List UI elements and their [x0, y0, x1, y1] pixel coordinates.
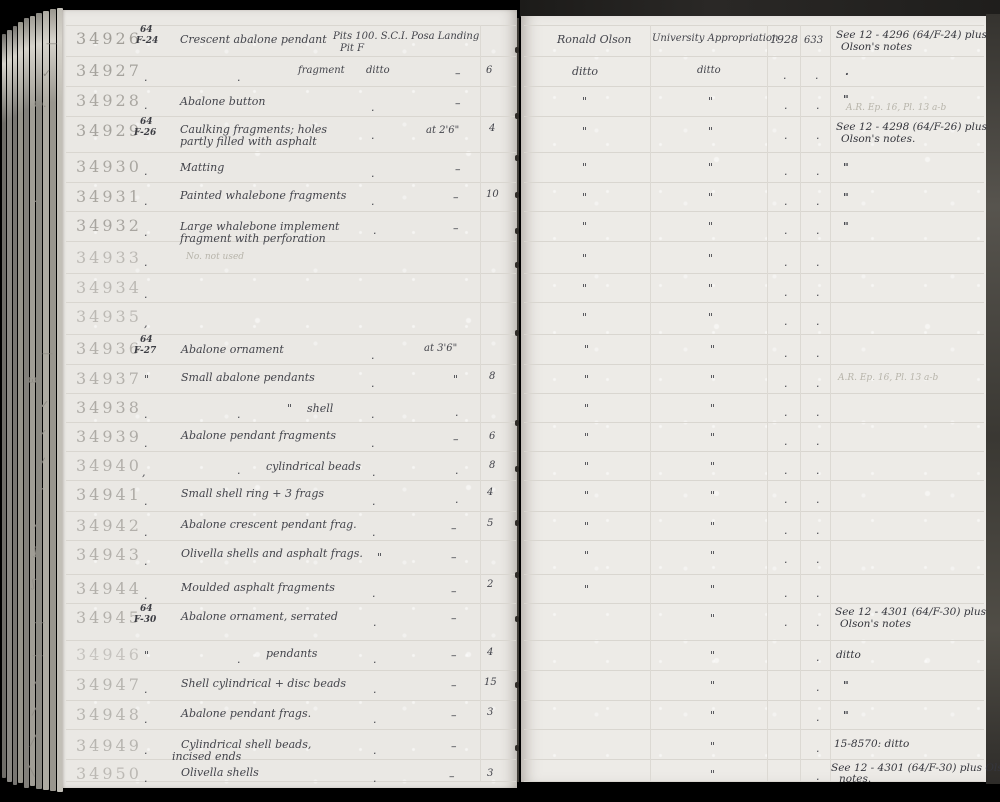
ditto-mark: ": [710, 344, 715, 355]
ditto-mark: .: [144, 684, 148, 695]
ditto-mark: ": [582, 162, 587, 173]
check-mark: ʃ: [32, 578, 35, 589]
fund-source: University Appropriation: [652, 34, 778, 44]
ditto-mark: .: [816, 287, 820, 298]
ditto-mark: ": [710, 521, 715, 532]
ditto-mark: ": [144, 650, 149, 661]
ditto-mark: .: [816, 348, 820, 359]
ditto-mark: .: [371, 196, 375, 207]
ditto-mark: .: [372, 527, 376, 538]
entry-number: 34946: [76, 645, 142, 664]
ditto-mark: ": [453, 374, 458, 385]
item-count: 3: [487, 769, 493, 779]
entry-description: Caulking fragments; holes: [180, 124, 327, 135]
ditto-mark: ": [584, 374, 589, 385]
entry-row: 34940╱,.cylindrical beads..8""..: [0, 459, 1000, 487]
ditto-mark: ": [582, 126, 587, 137]
entry-description: Moulded asphalt fragments: [181, 582, 335, 593]
ditto-mark: ": [710, 680, 715, 691]
entry-row: 34942╱.Abalone crescent pendant frag..–5…: [0, 519, 1000, 547]
ditto-mark: .: [816, 554, 820, 565]
ditto-mark: .: [455, 407, 459, 418]
ruled-line-right: [524, 152, 984, 153]
ditto-mark: .: [237, 409, 241, 420]
ditto-mark: .: [816, 682, 820, 693]
entry-number: 34929: [76, 121, 142, 140]
ditto-mark: .: [816, 407, 820, 418]
ledger-number: 633: [804, 36, 823, 46]
entry-description: Olivella shells: [181, 767, 259, 778]
entry-description: ditto: [366, 66, 390, 76]
entry-number: 34942: [76, 516, 142, 535]
entry-number: 34927: [76, 61, 142, 80]
ruled-line-left: [66, 152, 516, 153]
ditto-mark: ": [708, 162, 713, 173]
check-mark: ω.: [34, 98, 46, 109]
ditto-mark: .: [816, 494, 820, 505]
check-mark: ╱: [32, 704, 39, 715]
ditto-mark: .: [372, 467, 376, 478]
ditto-mark: .: [816, 652, 820, 663]
ditto-mark: .: [784, 554, 788, 565]
ditto-mark: ": [710, 461, 715, 472]
ditto-mark: ": [710, 650, 715, 661]
year: 1928: [770, 34, 798, 45]
entry-row: 34948╱.Abalone pendant frags..–3".": [0, 708, 1000, 736]
ditto-mark: ": [710, 741, 715, 752]
ditto-mark: .: [373, 684, 377, 695]
ditto-mark: .: [372, 588, 376, 599]
entry-number: 34928: [76, 91, 142, 110]
entry-row: 34936—64F-27Abalone ornament.at 3'6"""..: [0, 342, 1000, 370]
entry-description: Abalone button: [180, 96, 265, 107]
item-count: 6: [486, 66, 492, 76]
ditto-mark: ": [843, 162, 849, 173]
ditto-mark: .: [371, 438, 375, 449]
check-mark: ╱: [38, 459, 45, 470]
ditto-mark: –: [455, 68, 461, 79]
check-mark: —: [46, 38, 57, 49]
entry-row: 34933.No. not used""..: [0, 251, 1000, 279]
depth-note: at 3'6": [424, 344, 457, 354]
ditto-mark: .: [373, 654, 377, 665]
entry-number: 34930: [76, 157, 142, 176]
remark-note: See 12 - 4298 (64/F-26) plus: [836, 122, 987, 133]
ditto-mark: –: [451, 552, 457, 563]
ditto-mark: –: [451, 586, 457, 597]
ditto-mark: .: [784, 617, 788, 628]
ditto-mark: ": [710, 613, 715, 624]
check-mark: ·: [34, 196, 38, 207]
item-count: 15: [484, 678, 497, 688]
ditto-mark: .: [373, 617, 377, 628]
ditto-mark: ": [708, 253, 713, 264]
check-mark: —: [34, 617, 45, 628]
entry-row: 34947╱.Shell cylindrical + disc beads.–1…: [0, 678, 1000, 706]
ditto-mark: ": [708, 221, 713, 232]
ditto-mark: .: [144, 590, 148, 601]
ditto-mark: .: [144, 289, 148, 300]
item-count: 2: [487, 580, 493, 590]
pencil-note: A.R. Ep. 16, Pl. 13 a-b: [838, 374, 938, 383]
ditto-mark: ": [710, 490, 715, 501]
entry-number: 34926: [76, 29, 142, 48]
ditto-mark: ": [708, 126, 713, 137]
ditto-mark: ": [710, 374, 715, 385]
ditto-mark: .: [816, 525, 820, 536]
field-code: 64: [140, 605, 153, 614]
ditto-mark: ,: [142, 467, 146, 478]
ditto-mark: ": [582, 221, 587, 232]
check-mark: ╱: [34, 517, 41, 528]
entry-number: 34933: [76, 248, 142, 267]
ditto-mark: .: [455, 465, 459, 476]
ditto-mark: .: [144, 714, 148, 725]
remark-note: Olson's notes: [840, 619, 911, 630]
ditto-mark: .: [373, 745, 377, 756]
entry-row: 34927✓..fragmentditto–6dittoditto...: [0, 64, 1000, 92]
entry-number: 34948: [76, 705, 142, 724]
ditto-mark: ": [710, 550, 715, 561]
ruled-line-left: [66, 640, 516, 641]
ditto-mark: ": [708, 96, 713, 107]
remark-note: notes.: [839, 774, 871, 785]
remark-note: See 12 - 4301 (64/F-30) plus: [835, 607, 986, 618]
ditto-mark: –: [449, 771, 455, 782]
entry-row: 34939✓.Abalone pendant fragments.–6""..: [0, 430, 1000, 458]
ruled-line-right: [524, 25, 984, 26]
ditto-mark: –: [453, 434, 459, 445]
ditto-mark: .: [816, 743, 820, 754]
entry-row: 34937ω"Small abalone pendants."8""..A.R.…: [0, 372, 1000, 400]
entry-description: incised ends: [172, 751, 241, 762]
ditto-mark: .: [816, 588, 820, 599]
ditto-mark: .: [144, 72, 148, 83]
ditto-mark: ,: [144, 318, 148, 329]
collector-name: ditto: [572, 66, 598, 77]
ruled-line-right: [524, 640, 984, 641]
ledger-entries-layer: 34926—64F-24Crescent abalone pendantPits…: [0, 0, 1000, 802]
check-mark: ʃ: [34, 546, 37, 557]
ditto-mark: ": [843, 680, 849, 691]
ditto-mark: .: [784, 257, 788, 268]
ditto-mark: .: [373, 225, 377, 236]
ledger-scan: 34926—64F-24Crescent abalone pendantPits…: [0, 0, 1000, 802]
ditto-mark: ": [584, 584, 589, 595]
ditto-mark: .: [144, 100, 148, 111]
entry-number: 34940: [76, 456, 142, 475]
entry-description: Painted whalebone fragments: [180, 190, 346, 201]
entry-description: Large whalebone implement: [180, 221, 339, 232]
depth-note: at 2'6": [426, 126, 459, 136]
ditto-mark: ": [710, 403, 715, 414]
ditto-mark: .: [816, 196, 820, 207]
ditto-mark: .: [816, 316, 820, 327]
ditto-mark: .: [372, 496, 376, 507]
pencil-note: A.R. Ep. 16, Pl. 13 a-b: [846, 104, 946, 113]
ditto-mark: ": [144, 374, 149, 385]
entry-number: 34947: [76, 675, 142, 694]
entry-description: Shell cylindrical + disc beads: [181, 678, 346, 689]
ditto-mark: ": [582, 192, 587, 203]
entry-row: 34938✓.."shell..""..: [0, 401, 1000, 429]
check-mark: —: [42, 348, 53, 359]
ditto-mark: ": [287, 403, 292, 414]
item-count: 4: [487, 488, 493, 498]
ditto-mark: .: [845, 66, 849, 77]
ditto-mark: –: [451, 523, 457, 534]
entry-description: Abalone pendant frags.: [181, 708, 311, 719]
ditto-mark: .: [455, 494, 459, 505]
ditto-mark: .: [784, 166, 788, 177]
ditto-mark: ": [708, 283, 713, 294]
field-code: 64: [140, 26, 153, 35]
ditto-mark: .: [816, 130, 820, 141]
ditto-mark: ": [843, 710, 849, 721]
site-location: Pits 100. S.C.I. Posa Landing: [333, 32, 479, 42]
entry-description: Abalone ornament, serrated: [181, 611, 338, 622]
ditto-mark: .: [144, 745, 148, 756]
check-mark: .: [38, 775, 42, 786]
ditto-mark: .: [784, 407, 788, 418]
ditto-mark: .: [784, 525, 788, 536]
entry-number: 34931: [76, 187, 142, 206]
ditto-mark: ": [843, 221, 849, 232]
ditto-mark: ": [710, 710, 715, 721]
remark-note: See 12 - 4296 (64/F-24) plus: [836, 30, 987, 41]
ditto-mark: .: [373, 714, 377, 725]
item-count: 8: [489, 372, 495, 382]
ditto-mark: –: [453, 223, 459, 234]
ditto-mark: .: [784, 378, 788, 389]
ditto-mark: .: [816, 617, 820, 628]
ditto-mark: .: [237, 465, 241, 476]
entry-description: Small abalone pendants: [181, 372, 315, 383]
ditto-mark: .: [816, 378, 820, 389]
ditto-mark: ": [582, 283, 587, 294]
ditto-mark: .: [237, 654, 241, 665]
ditto-mark: .: [816, 225, 820, 236]
field-code: F-26: [134, 129, 156, 138]
check-mark: ✓: [36, 486, 45, 497]
item-count: 10: [486, 190, 499, 200]
check-mark: ╱: [30, 735, 37, 746]
ditto-mark: ": [710, 432, 715, 443]
entry-description: cylindrical beads: [266, 461, 361, 472]
check-mark: —: [32, 650, 43, 661]
entry-row: 34950╲..Olivella shells.–3".See 12 - 430…: [0, 767, 1000, 795]
remark-note: Olson's notes.: [841, 134, 915, 145]
field-code: F-27: [134, 347, 156, 356]
item-count: 6: [489, 432, 495, 442]
ditto-mark: .: [784, 130, 788, 141]
ditto-mark: .: [816, 436, 820, 447]
check-mark: ✓: [42, 68, 51, 79]
ditto-mark: .: [373, 773, 377, 784]
ditto-mark: ": [582, 253, 587, 264]
entry-row: 34930.Matting.–""..": [0, 160, 1000, 188]
ditto-mark: –: [455, 98, 461, 109]
entry-number: 34949: [76, 736, 142, 755]
ditto-mark: .: [371, 102, 375, 113]
check-mark: ╲: [28, 765, 35, 776]
entry-number: 34945: [76, 608, 142, 627]
ditto-mark: .: [144, 496, 148, 507]
entry-number: 34932: [76, 216, 142, 235]
ditto-mark: .: [144, 166, 148, 177]
entry-number: 34950: [76, 764, 142, 783]
item-count: 5: [487, 519, 493, 529]
entry-number: 34937: [76, 369, 142, 388]
entry-row: 34945—64F-30Abalone ornament, serrated.–…: [0, 611, 1000, 639]
entry-description: pendants: [266, 648, 317, 659]
entry-number: 34941: [76, 485, 142, 504]
fund-source: ditto: [697, 66, 721, 76]
ditto-mark: .: [816, 166, 820, 177]
ditto-mark: .: [784, 348, 788, 359]
ditto-mark: .: [144, 257, 148, 268]
ditto-mark: .: [784, 436, 788, 447]
entry-description: shell: [307, 403, 333, 414]
ditto-mark: .: [816, 100, 820, 111]
ditto-mark: .: [784, 225, 788, 236]
remark-note: 15-8570: ditto: [834, 739, 909, 750]
field-code: 64: [140, 118, 153, 127]
ditto-mark: .: [784, 588, 788, 599]
entry-description: Abalone pendant fragments: [181, 430, 336, 441]
item-count: 4: [487, 648, 493, 658]
ditto-mark: .: [784, 196, 788, 207]
ditto-mark: .: [371, 168, 375, 179]
ditto-mark: ": [708, 312, 713, 323]
ditto-mark: ": [710, 584, 715, 595]
field-code: F-24: [136, 37, 158, 46]
field-code: F-30: [134, 616, 156, 625]
ditto-mark: ": [582, 312, 587, 323]
ditto-mark: .: [371, 350, 375, 361]
entry-row: 34941✓.Small shell ring + 3 frags..4""..: [0, 488, 1000, 516]
ditto-mark: .: [144, 527, 148, 538]
check-mark: ω: [28, 374, 37, 385]
ditto-mark: .: [784, 465, 788, 476]
ditto-mark: .: [784, 100, 788, 111]
ditto-mark: ": [584, 344, 589, 355]
entry-number: 34936: [76, 339, 142, 358]
ditto-mark: –: [451, 710, 457, 721]
entry-description: Abalone crescent pendant frag.: [181, 519, 357, 530]
ditto-mark: –: [455, 164, 461, 175]
entry-description: Abalone ornament: [181, 344, 284, 355]
item-count: 4: [489, 124, 495, 134]
ditto-mark: .: [144, 196, 148, 207]
entry-number: 34943: [76, 545, 142, 564]
entry-row: 34934.""..: [0, 281, 1000, 309]
ditto-mark: .: [371, 409, 375, 420]
site-location: Pit F: [340, 44, 364, 54]
ditto-mark: ": [584, 461, 589, 472]
item-count: 3: [487, 708, 493, 718]
entry-description: Olivella shells and asphalt frags.: [181, 548, 363, 559]
ditto-mark: .: [784, 287, 788, 298]
entry-row: 3492964F-26Caulking fragments; holespart…: [0, 124, 1000, 152]
remark-note: See 12 - 4301 (64/F-30) plus Olson's: [831, 763, 1000, 774]
ditto-mark: .: [144, 409, 148, 420]
remark-note: Olson's notes: [841, 42, 912, 53]
entry-description: Matting: [180, 162, 224, 173]
entry-row: 34943ʃ.Olivella shells and asphalt frags…: [0, 548, 1000, 576]
ditto-mark: ": [584, 521, 589, 532]
ditto-mark: ": [710, 769, 715, 780]
entry-number: 34939: [76, 427, 142, 446]
ditto-mark: –: [451, 680, 457, 691]
ditto-mark: .: [816, 465, 820, 476]
entry-number: 34934: [76, 278, 142, 297]
ditto-mark: .: [144, 227, 148, 238]
ditto-mark: .: [816, 257, 820, 268]
ditto-mark: .: [144, 556, 148, 567]
entry-row: 34931·.Painted whalebone fragments.–10""…: [0, 190, 1000, 218]
ditto-mark: ": [843, 192, 849, 203]
ditto-mark: ": [584, 432, 589, 443]
item-count: 8: [489, 461, 495, 471]
ruled-line-left: [66, 25, 516, 26]
ditto-mark: ": [377, 552, 382, 563]
ditto-mark: .: [816, 771, 820, 782]
entry-number: 34944: [76, 579, 142, 598]
entry-row: 34926—64F-24Crescent abalone pendantPits…: [0, 32, 1000, 60]
entry-description: Cylindrical shell beads,: [181, 739, 311, 750]
pencil-note: No. not used: [186, 253, 244, 262]
entry-description: fragment with perforation: [180, 233, 326, 244]
remark-note: ditto: [836, 650, 861, 661]
entry-row: 34946—".pendants.–4".ditto: [0, 648, 1000, 676]
entry-number: 34935: [76, 307, 142, 326]
ditto-mark: ": [584, 490, 589, 501]
check-mark: ✓: [38, 428, 47, 439]
ditto-mark: .: [816, 712, 820, 723]
ditto-mark: .: [784, 316, 788, 327]
ditto-mark: ": [708, 192, 713, 203]
ditto-mark: .: [371, 130, 375, 141]
entry-row: 34932.Large whalebone implementfragment …: [0, 219, 1000, 247]
entry-description: partly filled with asphalt: [180, 136, 317, 147]
entry-row: 34935,""..: [0, 310, 1000, 338]
ditto-mark: ": [582, 96, 587, 107]
check-mark: ╱: [34, 674, 41, 685]
entry-description: Small shell ring + 3 frags: [181, 488, 324, 499]
ditto-mark: .: [144, 438, 148, 449]
entry-description: fragment: [298, 66, 345, 76]
ditto-mark: –: [451, 741, 457, 752]
ditto-mark: .: [784, 494, 788, 505]
ditto-mark: ": [584, 403, 589, 414]
field-code: 64: [140, 336, 153, 345]
collector-name: Ronald Olson: [557, 34, 632, 45]
ditto-mark: –: [451, 650, 457, 661]
ditto-mark: –: [453, 192, 459, 203]
ditto-mark: .: [815, 70, 819, 81]
ditto-mark: .: [371, 378, 375, 389]
ditto-mark: ": [584, 550, 589, 561]
ditto-mark: .: [783, 70, 787, 81]
ditto-mark: .: [144, 773, 148, 784]
check-mark: ✓: [40, 399, 49, 410]
ditto-mark: .: [237, 72, 241, 83]
entry-description: Crescent abalone pendant: [180, 34, 327, 45]
entry-number: 34938: [76, 398, 142, 417]
ditto-mark: –: [451, 613, 457, 624]
